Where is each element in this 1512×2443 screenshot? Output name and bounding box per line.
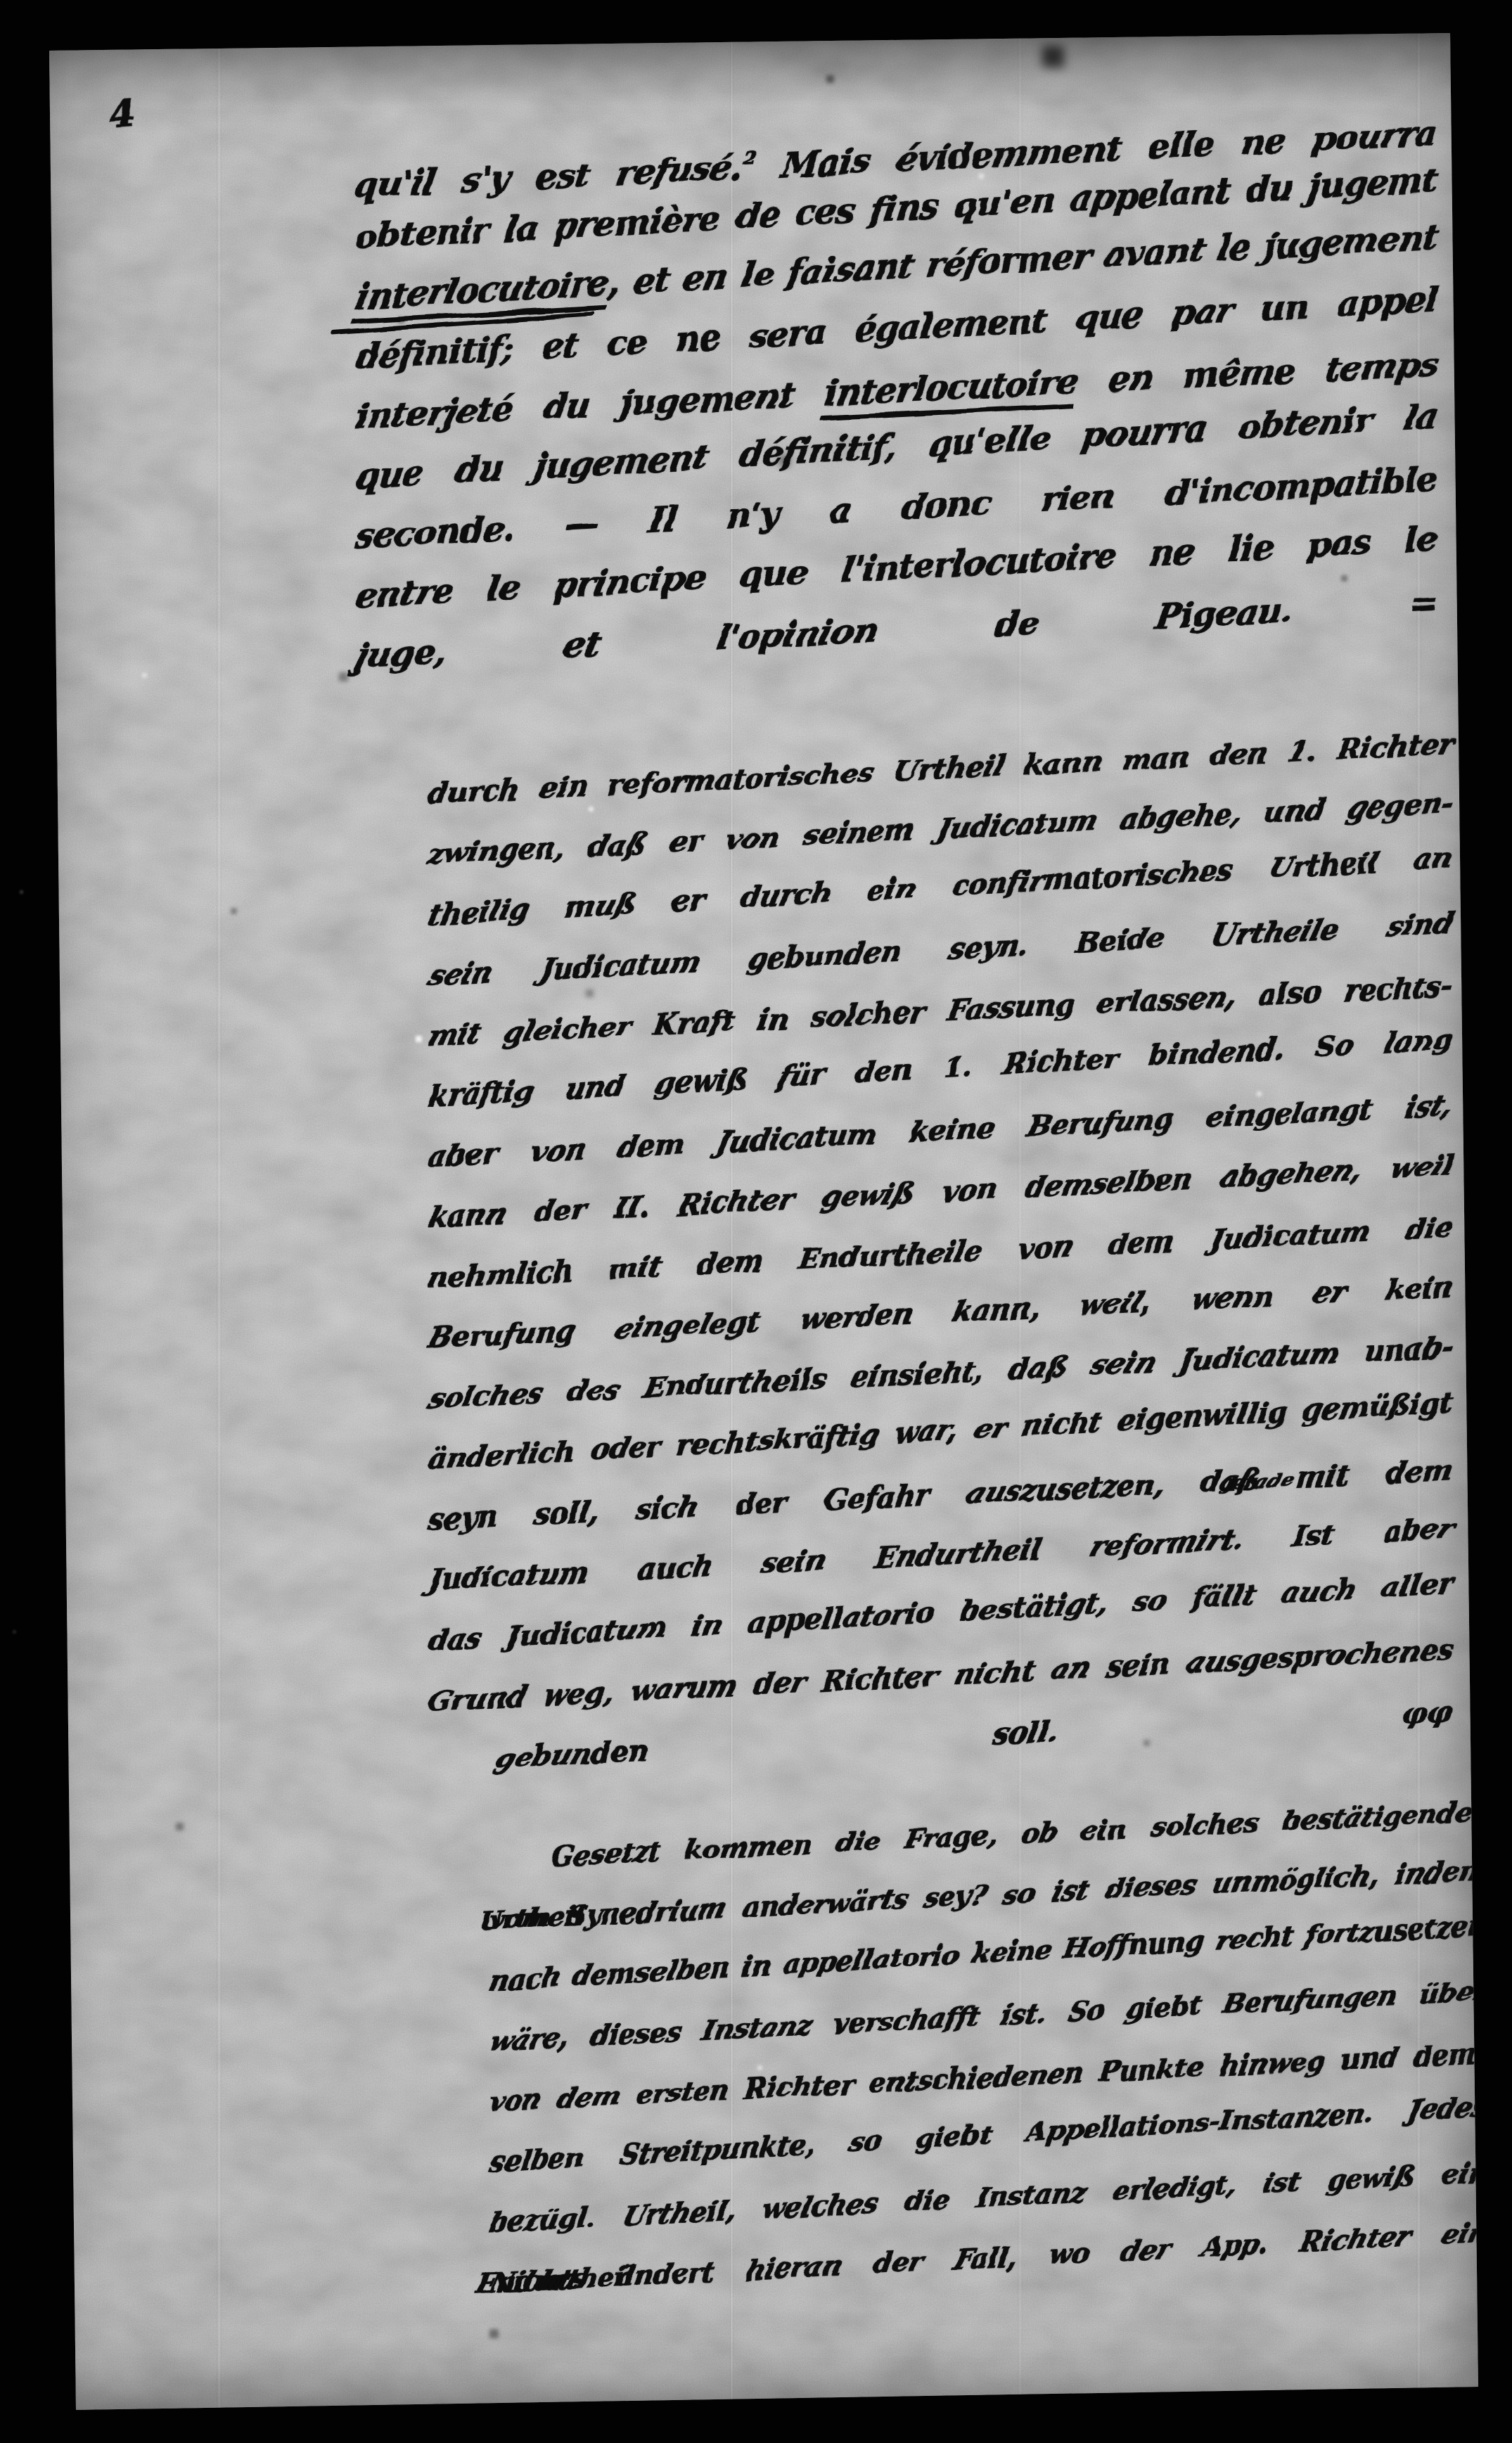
scan-bed: 4 qu'il s'y est refusé.2 Mais évidemment… [0,0,1512,2443]
german-passage-1: durch ein reformatorisches Urtheil kann … [428,764,1453,1793]
interlinear-insertion: gerade [1218,1469,1295,1495]
dust-speck [0,0,1,1]
german-passage-2: Gesetzt kommen die Frage, ob ein solches… [489,1830,1487,2314]
underlined-word: interlocutoire [352,263,613,324]
manuscript-paper: 4 qu'il s'y est refusé.2 Mais évidemment… [0,0,1512,2443]
page-number: 4 [108,91,138,137]
french-passage: qu'il s'y est refusé.2 Mais évidemment e… [355,148,1438,686]
